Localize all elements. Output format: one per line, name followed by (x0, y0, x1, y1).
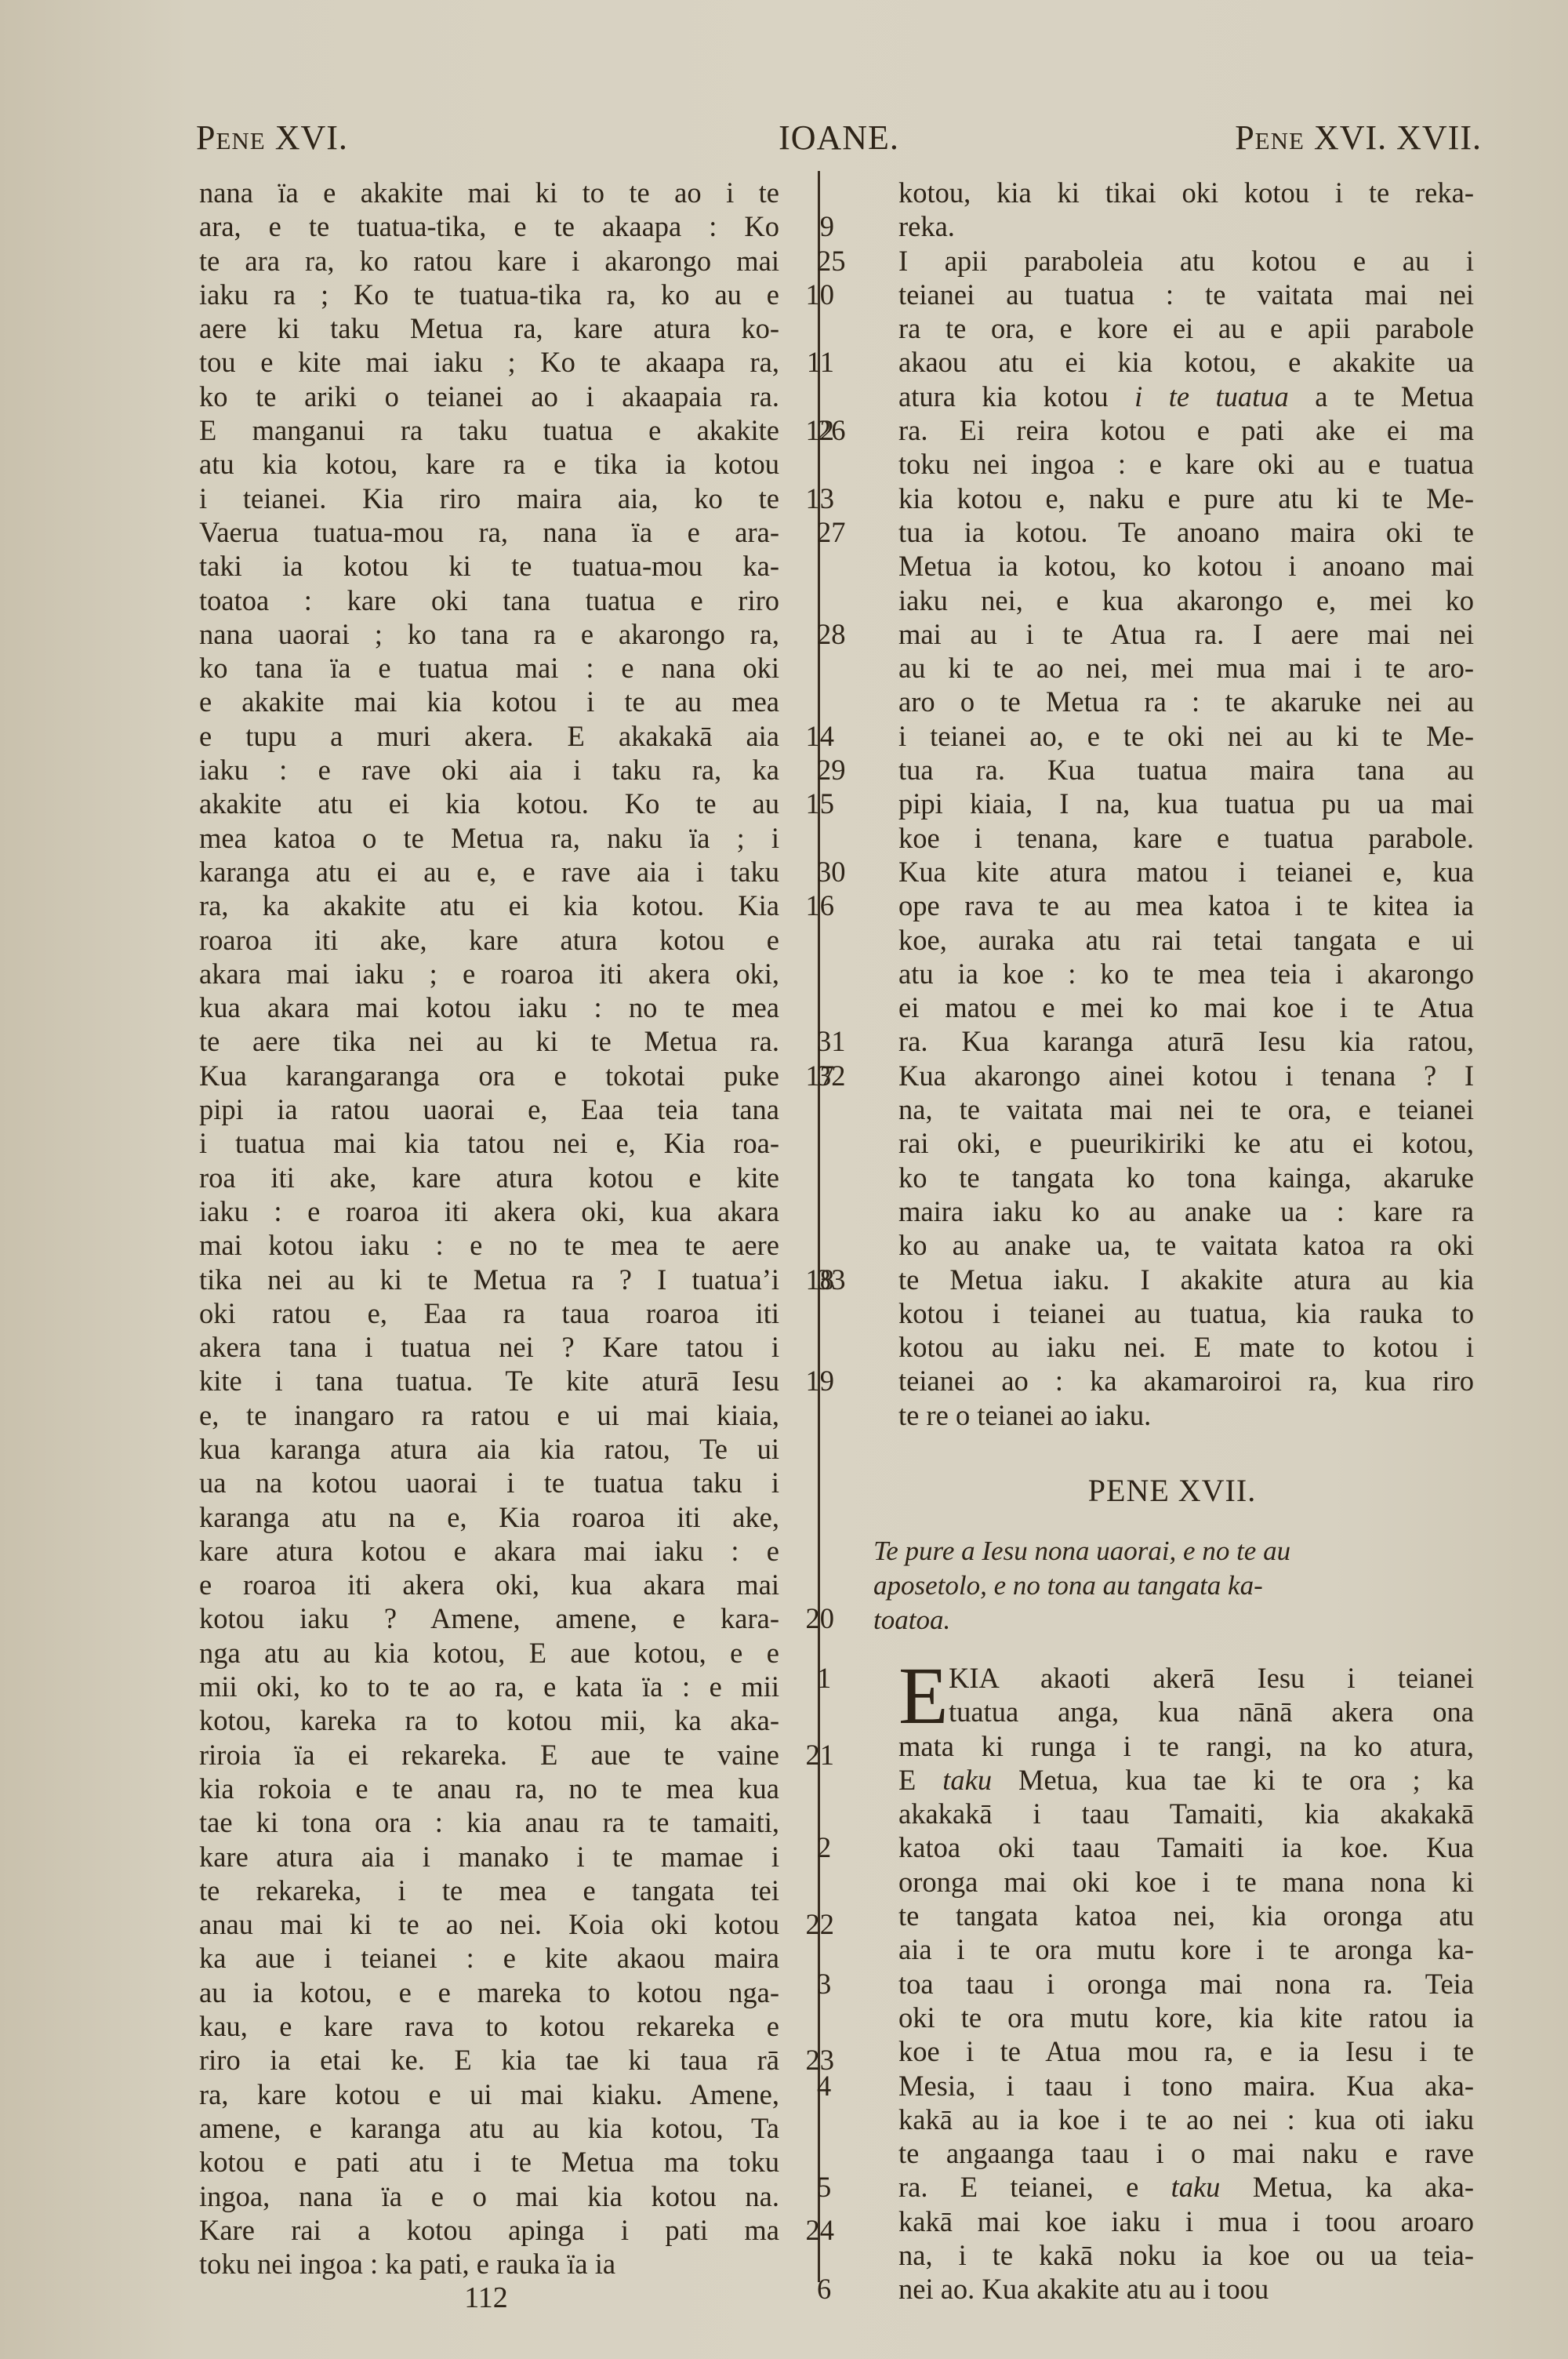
line-text: au ki te ao nei, mei mua mai i te aro- (898, 652, 1474, 684)
text-line: akara mai iaku ; e roaroa iti akera oki, (199, 957, 779, 990)
line-text: kotou au iaku nei. E mate to kotou i (898, 1331, 1474, 1363)
line-text: maira iaku ko au anake ua : kare ra (898, 1195, 1474, 1227)
text-line: Kua akarongo ainei kotou i tenana ? I32 (870, 1059, 1474, 1092)
text-line: karanga atu na e, Kia roaroa iti ake, (199, 1500, 779, 1534)
text-line: te angaanga taau i o mai naku e rave (870, 2136, 1474, 2170)
line-text: I apii paraboleia atu kotou e au i (898, 245, 1474, 277)
line-text: Vaerua tuatua-mou ra, nana ïa e ara- (199, 516, 779, 548)
text-line: atu ia koe : ko te mea teia i akarongo (870, 957, 1474, 990)
line-text: iaku nei, e kua akarongo e, mei ko (898, 584, 1474, 616)
line-text: kare atura kotou e akara mai iaku : e (199, 1535, 779, 1567)
line-text: amene, e karanga atu au kia kotou, Ta (199, 2112, 779, 2144)
line-text: tua ia kotou. Te anoano maira oki te (898, 516, 1474, 548)
text-line: atura kia kotou i te tuatua a te Metua (870, 380, 1474, 413)
verse-number: 16 (787, 889, 834, 922)
line-text: mii oki, ko to te ao ra, e kata ïa : e m… (199, 1670, 779, 1703)
line-text: ra. Kua karanga aturā Iesu kia ratou, (898, 1025, 1474, 1057)
line-text: nana ïa e akakite mai ki to te ao i te (199, 176, 779, 209)
text-line: tua ra. Kua tuatua maira tana au29 (870, 753, 1474, 787)
line-text: i teianei. Kia riro maira aia, ko te (199, 482, 779, 514)
verse-number: 29 (817, 753, 856, 787)
verse-number: 9 (787, 209, 834, 243)
text-line: ra, kare kotou e ui mai kiaku. Amene, (199, 2077, 779, 2111)
text-line: nga atu au kia kotou, E aue kotou, e e (199, 1636, 779, 1670)
text-line: kotou e pati atu i te Metua ma toku (199, 2145, 779, 2179)
line-text: kotou, kareka ra to kotou mii, ka aka- (199, 1704, 779, 1736)
line-text: kite i tana tuatua. Te kite aturā Iesu (199, 1365, 779, 1397)
line-text: te rekareka, i te mea e tangata tei (199, 1874, 779, 1906)
text-line: na, te vaitata mai nei te ora, e teianei (870, 1092, 1474, 1126)
text-line: toku nei ingoa : ka pati, e rauka ïa ia (199, 2247, 779, 2281)
text-line: kare atura kotou e akara mai iaku : e (199, 1534, 779, 1568)
line-text: ra, ka akakite atu ei kia kotou. Kia (199, 889, 779, 921)
line-text: kua akara mai kotou iaku : no te mea (199, 991, 779, 1023)
text-line: atu kia kotou, kare ra e tika ia kotou (199, 447, 779, 481)
text-line: ko te ariki o teianei ao i akaapaia ra. (199, 380, 779, 413)
left-column: nana ïa e akakite mai ki to te ao i tear… (199, 176, 779, 2281)
line-text: koe i te Atua mou ra, e ia Iesu i te (898, 2035, 1474, 2067)
line-text: kotou i teianei au tuatua, kia rauka to (898, 1297, 1474, 1329)
line-text: Mesia, i taau i tono maira. Kua aka- (898, 2070, 1474, 2102)
line-text: ua na kotou uaorai i te tuatua taku i (199, 1467, 779, 1499)
line-text: ingoa, nana ïa e o mai kia kotou na. (199, 2180, 779, 2212)
verse-number: 5 (817, 2170, 856, 2204)
text-line: toku nei ingoa : e kare oki au e tuatua (870, 447, 1474, 481)
text-line: anau mai ki te ao nei. Koia oki kotou22 (199, 1907, 779, 1941)
line-text: nga atu au kia kotou, E aue kotou, e e (199, 1637, 779, 1669)
text-line: koe, auraka atu rai tetai tangata e ui (870, 923, 1474, 957)
text-line: Vaerua tuatua-mou ra, nana ïa e ara- (199, 515, 779, 549)
text-line: pipi kiaia, I na, kua tuatua pu ua mai (870, 787, 1474, 820)
text-line: aro o te Metua ra : te akaruke nei au (870, 685, 1474, 718)
text-line: rai oki, e pueurikiriki ke atu ei kotou, (870, 1126, 1474, 1160)
text-line: te Metua iaku. I akakite atura au kia33 (870, 1263, 1474, 1296)
text-line: roaroa iti ake, kare atura kotou e (199, 923, 779, 957)
verse-number: 2 (817, 1830, 856, 1864)
text-line: koe i te Atua mou ra, e ia Iesu i te (870, 2034, 1474, 2068)
line-text: riro ia etai ke. E kia tae ki taua rā (199, 2044, 779, 2076)
text-line: ra. E teianei, e taku Metua, ka aka-5 (870, 2170, 1474, 2204)
line-text: toku nei ingoa : e kare oki au e tuatua (898, 448, 1474, 480)
text-line: kite i tana tuatua. Te kite aturā Iesu19 (199, 1364, 779, 1398)
line-text: kia kotou e, naku e pure atu ki te Me- (898, 482, 1474, 514)
line-text: kotou e pati atu i te Metua ma toku (199, 2146, 779, 2178)
text-line: Mesia, i taau i tono maira. Kua aka-4 (870, 2069, 1474, 2103)
line-text: KIA akaoti akerā Iesu i teianei (949, 1662, 1474, 1694)
text-line: mai au i te Atua ra. I aere mai nei28 (870, 617, 1474, 651)
text-line: iaku nei, e kua akarongo e, mei ko (870, 583, 1474, 617)
text-line: nana uaorai ; ko tana ra e akarongo ra, (199, 617, 779, 651)
line-text: mata ki runga i te rangi, na ko atura, (898, 1730, 1474, 1762)
line-text: ara, e te tuatua-tika, e te akaapa : Ko (199, 210, 779, 242)
text-line: amene, e karanga atu au kia kotou, Ta (199, 2111, 779, 2145)
text-line: nana ïa e akakite mai ki to te ao i te (199, 176, 779, 209)
chapter-summary: Te pure a Iesu nona uaorai, e no te auap… (870, 1534, 1474, 1637)
line-text: ko tana ïa e tuatua mai : e nana oki (199, 652, 779, 684)
text-line: kia rokoia e te anau ra, no te mea kua (199, 1772, 779, 1805)
line-text: roaroa iti ake, kare atura kotou e (199, 924, 779, 956)
line-text: nei ao. Kua akakite atu au i toou (898, 2273, 1269, 2305)
right-column-text-chapter-16: kotou, kia ki tikai oki kotou i te reka-… (870, 176, 1474, 1432)
verse-number: 4 (817, 2069, 856, 2103)
book-page: Pene XVI. IOANE. Pene XVI. XVII. nana ïa… (0, 0, 1568, 2359)
verse-number: 14 (787, 719, 834, 753)
running-head: Pene XVI. IOANE. Pene XVI. XVII. (196, 118, 1482, 165)
line-text: ra, kare kotou e ui mai kiaku. Amene, (199, 2078, 779, 2110)
verse-number: 24 (787, 2213, 834, 2247)
verse-number: 10 (787, 278, 834, 311)
line-text: kotou iaku ? Amene, amene, e kara- (199, 1602, 779, 1634)
line-text: E manganui ra taku tuatua e akakite (199, 414, 779, 446)
line-text: aia i te ora mutu kore i te aronga ka- (898, 1933, 1474, 1965)
verse-number: 13 (787, 482, 834, 515)
line-text: i tuatua mai kia tatou nei e, Kia roa- (199, 1127, 779, 1159)
text-line: toa taau i oronga mai nona ra. Teia3 (870, 1967, 1474, 2001)
verse-number: 30 (817, 855, 856, 889)
line-text: roa iti ake, kare atura kotou e kite (199, 1161, 779, 1194)
line-text: reka. (898, 210, 955, 242)
line-text: karanga atu na e, Kia roaroa iti ake, (199, 1501, 779, 1533)
text-line: teianei au tuatua : te vaitata mai nei (870, 278, 1474, 311)
line-text: akakite atu ei kia kotou. Ko te au (199, 787, 779, 820)
line-text: pipi ia ratou uaorai e, Eaa teia tana (199, 1093, 779, 1125)
text-line: E taku Metua, kua tae ki te ora ; ka (870, 1763, 1474, 1797)
text-line: ra. Kua karanga aturā Iesu kia ratou,31 (870, 1024, 1474, 1058)
text-line: kare atura aia i manako i te mamae i (199, 1840, 779, 1874)
text-line: i teianei. Kia riro maira aia, ko te13 (199, 482, 779, 515)
text-line: tika nei au ki te Metua ra ? I tuatua’i1… (199, 1263, 779, 1296)
line-text: te re o teianei ao iaku. (898, 1399, 1151, 1431)
chapter-17-text: E KIA akaoti akerā Iesu i teianei1tuatua… (870, 1661, 1474, 2306)
text-line: katoa oki taau Tamaiti ia koe. Kua2 (870, 1830, 1474, 1864)
line-text: Kua akarongo ainei kotou i tenana ? I (898, 1060, 1474, 1092)
verse-number: 19 (787, 1364, 834, 1398)
line-text: mai au i te Atua ra. I aere mai nei (898, 618, 1474, 650)
text-line: E manganui ra taku tuatua e akakite12 (199, 413, 779, 447)
text-line: aere ki taku Metua ra, kare atura ko- (199, 311, 779, 345)
line-text: karanga atu ei au e, e rave aia i taku (199, 856, 779, 888)
text-line: mea katoa o te Metua ra, naku ïa ; i (199, 821, 779, 855)
line-text: akaou atu ei kia kotou, e akakite ua (898, 346, 1474, 378)
verse-number: 26 (817, 413, 856, 447)
text-line: riroia ïa ei rekareka. E aue te vaine21 (199, 1738, 779, 1772)
text-line: kotou i teianei au tuatua, kia rauka to (870, 1296, 1474, 1330)
line-text: tuatua anga, kua nānā akera ona (949, 1696, 1474, 1728)
line-text: pipi kiaia, I na, kua tuatua pu ua mai (898, 787, 1474, 820)
text-line: riro ia etai ke. E kia tae ki taua rā23 (199, 2043, 779, 2077)
text-line: oki ratou e, Eaa ra taua roaroa iti (199, 1296, 779, 1330)
text-line: Kua karangaranga ora e tokotai puke17 (199, 1059, 779, 1092)
line-text: aro o te Metua ra : te akaruke nei au (898, 685, 1474, 718)
text-line: ara, e te tuatua-tika, e te akaapa : Ko9 (199, 209, 779, 243)
line-text: iaku : e roaroa iti akera oki, kua akara (199, 1195, 779, 1227)
text-line: toatoa : kare oki tana tuatua e riro (199, 583, 779, 617)
text-line: au ia kotou, e e mareka to kotou nga- (199, 1976, 779, 2009)
text-line: e akakite mai kia kotou i te au mea (199, 685, 779, 718)
line-text: tou e kite mai iaku ; Ko te akaapa ra, (199, 346, 779, 378)
line-text: teianei ao : ka akamaroiroi ra, kua riro (898, 1365, 1474, 1397)
text-line: te rekareka, i te mea e tangata tei (199, 1874, 779, 1907)
text-line: mata ki runga i te rangi, na ko atura, (870, 1729, 1474, 1763)
text-line: KIA akaoti akerā Iesu i teianei1 (870, 1661, 1474, 1695)
text-line: reka. (870, 209, 1474, 243)
verse-number: 33 (817, 1263, 856, 1296)
text-line: te re o teianei ao iaku. (870, 1398, 1474, 1432)
text-line: Kare rai a kotou apinga i pati ma24 (199, 2213, 779, 2247)
text-line: iaku : e rave oki aia i taku ra, ka (199, 753, 779, 787)
verse-number: 22 (787, 1907, 834, 1941)
verse-number: 15 (787, 787, 834, 820)
line-text: ko au anake ua, te vaitata katoa ra oki (898, 1229, 1474, 1261)
text-line: tou e kite mai iaku ; Ko te akaapa ra,11 (199, 345, 779, 379)
text-line: te aere tika nei au ki te Metua ra. (199, 1024, 779, 1058)
text-line: taki ia kotou ki te tuatua-mou ka- (199, 549, 779, 583)
text-line: tua ia kotou. Te anoano maira oki te27 (870, 515, 1474, 549)
text-line: iaku : e roaroa iti akera oki, kua akara (199, 1194, 779, 1228)
line-text: atu ia koe : ko te mea teia i akarongo (898, 958, 1474, 990)
text-line: oronga mai oki koe i te mana nona ki (870, 1865, 1474, 1899)
text-line: ko tana ïa e tuatua mai : e nana oki (199, 651, 779, 685)
line-text: akara mai iaku ; e roaroa iti akera oki, (199, 958, 779, 990)
verse-number: 3 (817, 1967, 856, 2001)
text-line: roa iti ake, kare atura kotou e kite (199, 1161, 779, 1194)
line-text: Kua kite atura matou i teianei e, kua (898, 856, 1474, 888)
line-text: na, te vaitata mai nei te ora, e teianei (898, 1093, 1474, 1125)
text-line: kua akara mai kotou iaku : no te mea (199, 990, 779, 1024)
text-line: ua na kotou uaorai i te tuatua taku i (199, 1466, 779, 1499)
text-line: i teianei ao, e te oki nei au ki te Me- (870, 719, 1474, 753)
line-text: akera tana i tuatua nei ? Kare tatou i (199, 1331, 779, 1363)
line-text: nana uaorai ; ko tana ra e akarongo ra, (199, 618, 779, 650)
line-text: i teianei ao, e te oki nei au ki te Me- (898, 720, 1474, 752)
verse-number: 20 (787, 1601, 834, 1635)
line-text: te tangata katoa nei, kia oronga atu (898, 1899, 1474, 1932)
line-text: kakā au ia koe i te ao nei : kua oti iak… (898, 2103, 1474, 2135)
line-text: atu kia kotou, kare ra e tika ia kotou (199, 448, 779, 480)
text-line: ra, ka akakite atu ei kia kotou. Kia16 (199, 889, 779, 922)
line-text: oronga mai oki koe i te mana nona ki (898, 1866, 1474, 1898)
text-line: ko te tangata ko tona kainga, akaruke (870, 1161, 1474, 1194)
page-number: 112 (455, 2281, 517, 2315)
text-line: te ara ra, ko ratou kare i akarongo mai (199, 244, 779, 278)
verse-number: 11 (787, 345, 834, 379)
text-line: mai kotou iaku : e no te mea te aere (199, 1228, 779, 1262)
text-line: pipi ia ratou uaorai e, Eaa teia tana (199, 1092, 779, 1126)
line-text: au ia kotou, e e mareka to kotou nga- (199, 1976, 779, 2008)
text-line: akera tana i tuatua nei ? Kare tatou i (199, 1330, 779, 1364)
text-line: Kua kite atura matou i teianei e, kua30 (870, 855, 1474, 889)
line-text: te ara ra, ko ratou kare i akarongo mai (199, 245, 779, 277)
text-line: kotou iaku ? Amene, amene, e kara-20 (199, 1601, 779, 1635)
verse-number: 28 (817, 617, 856, 651)
line-text: atura kia kotou i te tuatua a te Metua (898, 380, 1474, 413)
line-text: iaku : e rave oki aia i taku ra, ka (199, 754, 779, 786)
text-line: kakā au ia koe i te ao nei : kua oti iak… (870, 2103, 1474, 2136)
text-line: ra. Ei reira kotou e pati ake ei ma26 (870, 413, 1474, 447)
right-column: kotou, kia ki tikai oki kotou i te reka-… (870, 176, 1474, 2306)
line-text: toku nei ingoa : ka pati, e rauka ïa ia (199, 2248, 615, 2280)
text-line: ope rava te au mea katoa i te kitea ia (870, 889, 1474, 922)
line-text: akakakā i taau Tamaiti, kia akakakā (898, 1797, 1474, 1830)
line-text: oki ratou e, Eaa ra taua roaroa iti (199, 1297, 779, 1329)
running-head-right: Pene XVI. XVII. (1235, 118, 1482, 158)
line-text: te angaanga taau i o mai naku e rave (898, 2137, 1474, 2169)
line-text: kakā mai koe iaku i mua i toou aroaro (898, 2205, 1474, 2237)
line-text: aere ki taku Metua ra, kare atura ko- (199, 312, 779, 344)
line-text: Metua ia kotou, ko kotou i anoano mai (898, 550, 1474, 582)
line-text: na, i te kakā noku ia koe ou ua teia- (898, 2239, 1474, 2271)
text-line: e tupu a muri akera. E akakakā aia14 (199, 719, 779, 753)
verse-number: 1 (817, 1661, 856, 1695)
line-text: kau, e kare rava to kotou rekareka e (199, 2010, 779, 2042)
text-line: ei matou e mei ko mai koe i te Atua (870, 990, 1474, 1024)
line-text: e, te inangaro ra ratou e ui mai kiaia, (199, 1399, 779, 1431)
line-text: koe, auraka atu rai tetai tangata e ui (898, 924, 1474, 956)
text-line: koe i tenana, kare e tuatua parabole. (870, 821, 1474, 855)
text-line: oki te ora mutu kore, kia kite ratou ia (870, 2001, 1474, 2034)
line-text: e roaroa iti akera oki, kua akara mai (199, 1568, 779, 1601)
text-line: kia kotou e, naku e pure atu ki te Me- (870, 482, 1474, 515)
text-line: kotou au iaku nei. E mate to kotou i (870, 1330, 1474, 1364)
text-line: tuatua anga, kua nānā akera ona (870, 1695, 1474, 1728)
verse-number: 25 (817, 244, 856, 278)
line-text: teianei au tuatua : te vaitata mai nei (898, 278, 1474, 311)
line-text: tika nei au ki te Metua ra ? I tuatua’i (199, 1263, 779, 1296)
line-text: ka aue i teianei : e kite akaou maira (199, 1942, 779, 1974)
line-text: e akakite mai kia kotou i te au mea (199, 685, 779, 718)
line-text: tae ki tona ora : kia anau ra te tamaiti… (199, 1806, 779, 1838)
chapter-heading: PENE XVII. (870, 1448, 1474, 1518)
text-line: ka aue i teianei : e kite akaou maira (199, 1941, 779, 1975)
text-line: akaou atu ei kia kotou, e akakite ua (870, 345, 1474, 379)
verse-number: 27 (817, 515, 856, 549)
text-line: akakite atu ei kia kotou. Ko te au15 (199, 787, 779, 820)
line-text: Kare rai a kotou apinga i pati ma (199, 2214, 779, 2246)
text-line: au ki te ao nei, mei mua mai i te aro- (870, 651, 1474, 685)
text-line: te tangata katoa nei, kia oronga atu (870, 1899, 1474, 1932)
summary-line: toatoa. (905, 1603, 1474, 1637)
text-line: i tuatua mai kia tatou nei e, Kia roa- (199, 1126, 779, 1160)
line-text: katoa oki taau Tamaiti ia koe. Kua (898, 1831, 1474, 1863)
line-text: ra. Ei reira kotou e pati ake ei ma (898, 414, 1474, 446)
line-text: iaku ra ; Ko te tuatua-tika ra, ko au e (199, 278, 779, 311)
line-text: te Metua iaku. I akakite atura au kia (898, 1263, 1474, 1296)
text-line: aia i te ora mutu kore i te aronga ka- (870, 1932, 1474, 1966)
line-text: te aere tika nei au ki te Metua ra. (199, 1025, 779, 1057)
verse-number: 21 (787, 1738, 834, 1772)
line-text: riroia ïa ei rekareka. E aue te vaine (199, 1739, 779, 1771)
text-line: akakakā i taau Tamaiti, kia akakakā (870, 1797, 1474, 1830)
line-text: toatoa : kare oki tana tuatua e riro (199, 584, 779, 616)
line-text: tua ra. Kua tuatua maira tana au (898, 754, 1474, 786)
right-column-text-chapter-17: KIA akaoti akerā Iesu i teianei1tuatua a… (870, 1661, 1474, 2306)
text-line: maira iaku ko au anake ua : kare ra (870, 1194, 1474, 1228)
line-text: mea katoa o te Metua ra, naku ïa ; i (199, 822, 779, 854)
text-line: e, te inangaro ra ratou e ui mai kiaia, (199, 1398, 779, 1432)
line-text: kia rokoia e te anau ra, no te mea kua (199, 1772, 779, 1805)
line-text: kotou, kia ki tikai oki kotou i te reka- (898, 176, 1474, 209)
text-line: kua karanga atura aia kia ratou, Te ui (199, 1432, 779, 1466)
line-text: E taku Metua, kua tae ki te ora ; ka (898, 1764, 1474, 1796)
line-text: oki te ora mutu kore, kia kite ratou ia (898, 2001, 1474, 2034)
text-line: kau, e kare rava to kotou rekareka e (199, 2009, 779, 2043)
line-text: ko te ariki o teianei ao i akaapaia ra. (199, 380, 779, 413)
line-text: toa taau i oronga mai nona ra. Teia (898, 1968, 1474, 2000)
text-line: Metua ia kotou, ko kotou i anoano mai (870, 549, 1474, 583)
line-text: mai kotou iaku : e no te mea te aere (199, 1229, 779, 1261)
line-text: ra. E teianei, e taku Metua, ka aka- (898, 2171, 1474, 2203)
line-text: ope rava te au mea katoa i te kitea ia (898, 889, 1474, 921)
text-line: na, i te kakā noku ia koe ou ua teia- (870, 2238, 1474, 2272)
line-text: rai oki, e pueurikiriki ke atu ei kotou, (898, 1127, 1474, 1159)
text-line: tae ki tona ora : kia anau ra te tamaiti… (199, 1805, 779, 1839)
line-text: kua karanga atura aia kia ratou, Te ui (199, 1433, 779, 1465)
text-line: karanga atu ei au e, e rave aia i taku (199, 855, 779, 889)
line-text: Kua karangaranga ora e tokotai puke (199, 1060, 779, 1092)
text-line: kakā mai koe iaku i mua i toou aroaro (870, 2205, 1474, 2238)
line-text: ra te ora, e kore ei au e apii parabole (898, 312, 1474, 344)
line-text: e tupu a muri akera. E akakakā aia (199, 720, 779, 752)
verse-number: 6 (817, 2272, 856, 2306)
text-line: ingoa, nana ïa e o mai kia kotou na. (199, 2179, 779, 2213)
verse-number: 31 (817, 1024, 856, 1058)
line-text: kare atura aia i manako i te mamae i (199, 1841, 779, 1873)
line-text: ei matou e mei ko mai koe i te Atua (898, 991, 1474, 1023)
text-line: I apii paraboleia atu kotou e au i25 (870, 244, 1474, 278)
text-line: teianei ao : ka akamaroiroi ra, kua riro (870, 1364, 1474, 1398)
text-line: e roaroa iti akera oki, kua akara mai (199, 1568, 779, 1601)
text-line: kotou, kareka ra to kotou mii, ka aka- (199, 1703, 779, 1737)
text-line: ra te ora, e kore ei au e apii parabole (870, 311, 1474, 345)
summary-line: Te pure a Iesu nona uaorai, e no te au (905, 1534, 1474, 1568)
text-line: iaku ra ; Ko te tuatua-tika ra, ko au e1… (199, 278, 779, 311)
text-line: mii oki, ko to te ao ra, e kata ïa : e m… (199, 1670, 779, 1703)
line-text: koe i tenana, kare e tuatua parabole. (898, 822, 1474, 854)
text-line: ko au anake ua, te vaitata katoa ra oki (870, 1228, 1474, 1262)
summary-line: aposetolo, e no tona au tangata ka- (905, 1568, 1474, 1603)
verse-number: 32 (817, 1059, 856, 1092)
text-line: nei ao. Kua akakite atu au i toou6 (870, 2272, 1474, 2306)
text-line: kotou, kia ki tikai oki kotou i te reka- (870, 176, 1474, 209)
line-text: taki ia kotou ki te tuatua-mou ka- (199, 550, 779, 582)
line-text: anau mai ki te ao nei. Koia oki kotou (199, 1908, 779, 1940)
line-text: ko te tangata ko tona kainga, akaruke (898, 1161, 1474, 1194)
